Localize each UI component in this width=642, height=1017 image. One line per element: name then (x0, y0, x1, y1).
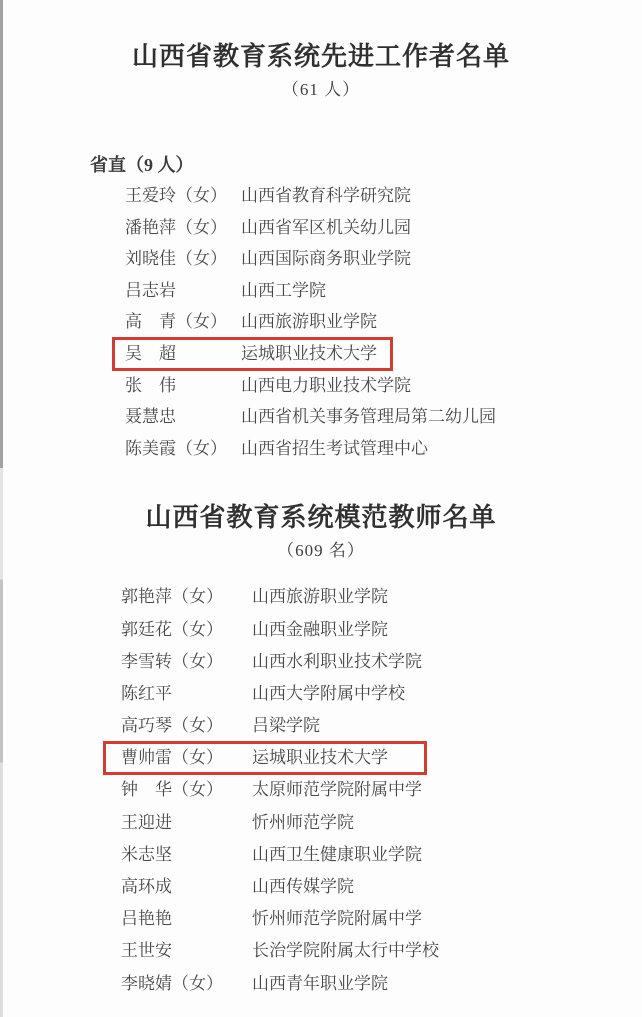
section1-title: 山西省教育系统先进工作者名单 (0, 42, 642, 72)
institution-name: 山西省招生考试管理中心 (241, 433, 428, 465)
institution-name: 山西旅游职业学院 (241, 306, 377, 338)
document-body: 山西省教育系统先进工作者名单 （61 人） 省直（9 人） 王爱玲（女）山西省教… (0, 0, 642, 1000)
list-item: 陈美霞（女）山西省招生考试管理中心 (0, 433, 642, 465)
person-name: 高 青（女） (125, 306, 227, 338)
person-name: 王世安 (121, 935, 172, 967)
list-item: 高 青（女）山西旅游职业学院 (0, 306, 642, 338)
institution-name: 山西旅游职业学院 (252, 581, 388, 613)
model-teachers-list: 郭艳萍（女）山西旅游职业学院郭廷花（女）山西金融职业学院李雪转（女）山西水利职业… (0, 581, 642, 999)
list-item: 郭廷花（女）山西金融职业学院 (0, 614, 642, 646)
person-name: 高巧琴（女） (121, 710, 223, 742)
list-item: 曹帅雷（女）运城职业技术大学 (0, 742, 642, 774)
person-name: 曹帅雷（女） (121, 742, 223, 774)
institution-name: 山西水利职业技术学院 (252, 646, 422, 678)
institution-name: 山西传媒学院 (252, 871, 354, 903)
institution-name: 吕梁学院 (252, 710, 320, 742)
person-name: 吕志岩 (125, 275, 176, 307)
list-item: 李晓婧（女）山西青年职业学院 (0, 968, 642, 1000)
person-name: 王爱玲（女） (125, 180, 227, 212)
institution-name: 山西电力职业技术学院 (241, 370, 411, 402)
section1-count: （61 人） (0, 80, 642, 100)
person-name: 王迎进 (121, 807, 172, 839)
list-item: 王爱玲（女）山西省教育科学研究院 (0, 180, 642, 212)
institution-name: 山西省教育科学研究院 (241, 180, 411, 212)
person-name: 郭艳萍（女） (121, 581, 223, 613)
institution-name: 运城职业技术大学 (241, 338, 377, 370)
list-item: 吕艳艳忻州师范学院附属中学 (0, 903, 642, 935)
person-name: 陈美霞（女） (125, 433, 227, 465)
section2-count: （609 名） (0, 541, 642, 561)
institution-name: 山西国际商务职业学院 (241, 243, 411, 275)
institution-name: 忻州师范学院 (252, 807, 354, 839)
person-name: 李晓婧（女） (121, 968, 223, 1000)
institution-name: 山西省军区机关幼儿园 (241, 212, 411, 244)
institution-name: 山西青年职业学院 (252, 968, 388, 1000)
institution-name: 山西卫生健康职业学院 (252, 839, 422, 871)
person-name: 潘艳萍（女） (125, 212, 227, 244)
person-name: 聂慧忠 (125, 401, 176, 433)
person-name: 郭廷花（女） (121, 614, 223, 646)
list-item: 高巧琴（女）吕梁学院 (0, 710, 642, 742)
institution-name: 忻州师范学院附属中学 (252, 903, 422, 935)
list-item: 高环成山西传媒学院 (0, 871, 642, 903)
list-item: 潘艳萍（女）山西省军区机关幼儿园 (0, 212, 642, 244)
person-name: 高环成 (121, 871, 172, 903)
list-item: 王世安长治学院附属太行中学校 (0, 935, 642, 967)
list-item: 刘晓佳（女）山西国际商务职业学院 (0, 243, 642, 275)
person-name: 吕艳艳 (121, 903, 172, 935)
list-item: 王迎进忻州师范学院 (0, 807, 642, 839)
advanced-workers-list: 王爱玲（女）山西省教育科学研究院潘艳萍（女）山西省军区机关幼儿园刘晓佳（女）山西… (0, 180, 642, 464)
section2-title: 山西省教育系统模范教师名单 (0, 503, 642, 533)
institution-name: 山西金融职业学院 (252, 614, 388, 646)
list-item: 陈红平山西大学附属中学校 (0, 678, 642, 710)
institution-name: 山西大学附属中学校 (252, 678, 405, 710)
group-label-provincial: 省直（9 人） (90, 154, 642, 176)
person-name: 陈红平 (121, 678, 172, 710)
institution-name: 山西工学院 (241, 275, 326, 307)
list-item: 李雪转（女）山西水利职业技术学院 (0, 646, 642, 678)
list-item: 郭艳萍（女）山西旅游职业学院 (0, 581, 642, 613)
person-name: 钟 华（女） (121, 774, 223, 806)
institution-name: 长治学院附属太行中学校 (252, 935, 439, 967)
institution-name: 山西省机关事务管理局第二幼儿园 (241, 401, 496, 433)
list-item: 聂慧忠山西省机关事务管理局第二幼儿园 (0, 401, 642, 433)
list-item: 张 伟山西电力职业技术学院 (0, 370, 642, 402)
person-name: 刘晓佳（女） (125, 243, 227, 275)
list-item: 吕志岩山西工学院 (0, 275, 642, 307)
person-name: 张 伟 (125, 370, 176, 402)
person-name: 米志坚 (121, 839, 172, 871)
list-item: 吴 超运城职业技术大学 (0, 338, 642, 370)
person-name: 吴 超 (125, 338, 176, 370)
institution-name: 太原师范学院附属中学 (252, 774, 422, 806)
list-item: 钟 华（女）太原师范学院附属中学 (0, 774, 642, 806)
person-name: 李雪转（女） (121, 646, 223, 678)
institution-name: 运城职业技术大学 (252, 742, 388, 774)
list-item: 米志坚山西卫生健康职业学院 (0, 839, 642, 871)
document-page: 山西省教育系统先进工作者名单 （61 人） 省直（9 人） 王爱玲（女）山西省教… (0, 0, 642, 1017)
section-model-teachers: 山西省教育系统模范教师名单 （609 名） 郭艳萍（女）山西旅游职业学院郭廷花（… (0, 503, 642, 999)
section-advanced-workers: 山西省教育系统先进工作者名单 （61 人） 省直（9 人） 王爱玲（女）山西省教… (0, 42, 642, 464)
